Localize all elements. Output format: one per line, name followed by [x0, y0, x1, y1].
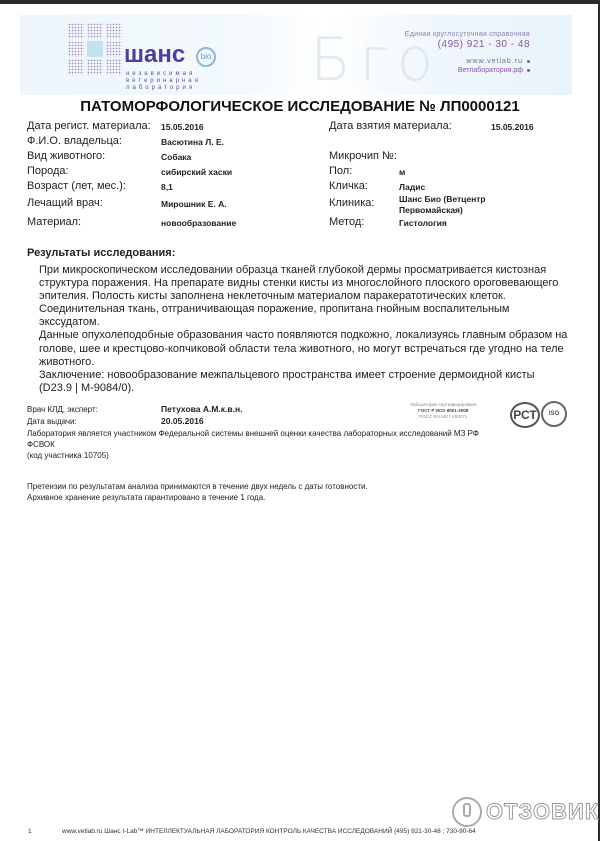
contacts-block: Единая круглосуточная справочная (495) 9…	[405, 31, 530, 74]
value-pet-name: Ладис	[399, 182, 425, 192]
label-owner-name: Ф.И.О. владельца:	[27, 135, 122, 147]
iso-certification-icon: ISO	[541, 401, 567, 427]
logo-brand: шанс	[124, 41, 185, 69]
program-name: ФСВОК	[27, 440, 55, 449]
participant-code: (код участника 10705)	[27, 451, 109, 460]
value-registration-date: 15.05.2016	[161, 122, 204, 132]
value-clinic: Шанс Био (Ветцентр Первомайская)	[399, 194, 509, 216]
page-number: 1	[28, 828, 32, 835]
label-doctor: Лечащий врач:	[27, 197, 103, 209]
rst-certification-icon: РСТ	[510, 402, 540, 428]
hotline-label: Единая круглосуточная справочная	[405, 31, 530, 38]
label-age: Возраст (лет, мес.):	[27, 180, 126, 192]
results-heading: Результаты исследования:	[27, 247, 175, 259]
value-doctor: Мирошник Е. А.	[161, 199, 227, 209]
label-pet-name: Кличка:	[329, 180, 368, 192]
label-species: Вид животного:	[27, 150, 105, 162]
label-method: Метод:	[329, 216, 364, 228]
results-paragraph: Заключение: новообразование межпальцевог…	[39, 369, 569, 395]
logo-grid-icon	[68, 23, 124, 75]
results-paragraph: Соединительная ткань, отграничивающая по…	[39, 303, 569, 329]
value-expert: Петухова А.М.к.в.н.	[161, 404, 242, 414]
bullet-icon	[527, 60, 530, 63]
label-collection-date: Дата взятия материала:	[329, 120, 452, 132]
bullet-icon	[527, 69, 530, 72]
value-collection-date: 15.05.2016	[491, 122, 534, 132]
label-expert: Врач КЛД, эксперт:	[27, 405, 98, 414]
results-body: При микроскопическом исследовании образц…	[39, 264, 569, 395]
website-rf-link[interactable]: Ветлаборатория.рф	[405, 67, 530, 74]
power-icon	[452, 797, 482, 827]
value-method: Гистология	[399, 218, 447, 228]
value-age: 8,1	[161, 182, 173, 192]
note-archive: Архивное хранение результата гарантирова…	[27, 493, 265, 502]
label-registration-date: Дата регист. материала:	[27, 120, 151, 132]
value-sex: м	[399, 167, 405, 177]
hotline-phone: (495) 921 - 30 - 48	[405, 39, 530, 50]
certification-text: Лаборатория сертифицирована ГОСТ Р ИСО 9…	[410, 402, 477, 420]
note-claims: Претензии по результатам анализа принима…	[27, 482, 368, 491]
value-material: новообразование	[161, 218, 236, 228]
value-issue-date: 20.05.2016	[161, 416, 204, 426]
label-issue-date: Дата выдачи:	[27, 417, 77, 426]
results-paragraph: При микроскопическом исследовании образц…	[39, 264, 569, 303]
logo-bio-badge: bio	[196, 47, 216, 67]
label-microchip: Микрочип №:	[329, 150, 397, 162]
results-paragraph: Данные опухолеподобные образования часто…	[39, 329, 569, 368]
logo-subtitle: независимая ветеринарная лаборатория	[126, 71, 201, 92]
value-owner-name: Васютина Л. Е.	[161, 137, 224, 147]
label-sex: Пол:	[329, 165, 352, 177]
label-material: Материал:	[27, 216, 81, 228]
value-breed: сибирский хаски	[161, 167, 232, 177]
label-breed: Порода:	[27, 165, 69, 177]
label-clinic: Клиника:	[329, 197, 374, 209]
header-banner: шанс bio независимая ветеринарная лабора…	[20, 15, 572, 95]
website-link[interactable]: www.vetlab.ru	[405, 58, 530, 65]
value-species: Собака	[161, 152, 191, 162]
top-border	[0, 0, 600, 4]
participation-text: Лаборатория является участником Федераль…	[27, 429, 479, 438]
page-title: ПАТОМОРФОЛОГИЧЕСКОЕ ИССЛЕДОВАНИЕ № ЛП000…	[0, 98, 600, 115]
footer-text: www.vetlab.ru Шанс I-Lab™ ИНТЕЛЛЕКТУАЛЬН…	[62, 828, 476, 835]
